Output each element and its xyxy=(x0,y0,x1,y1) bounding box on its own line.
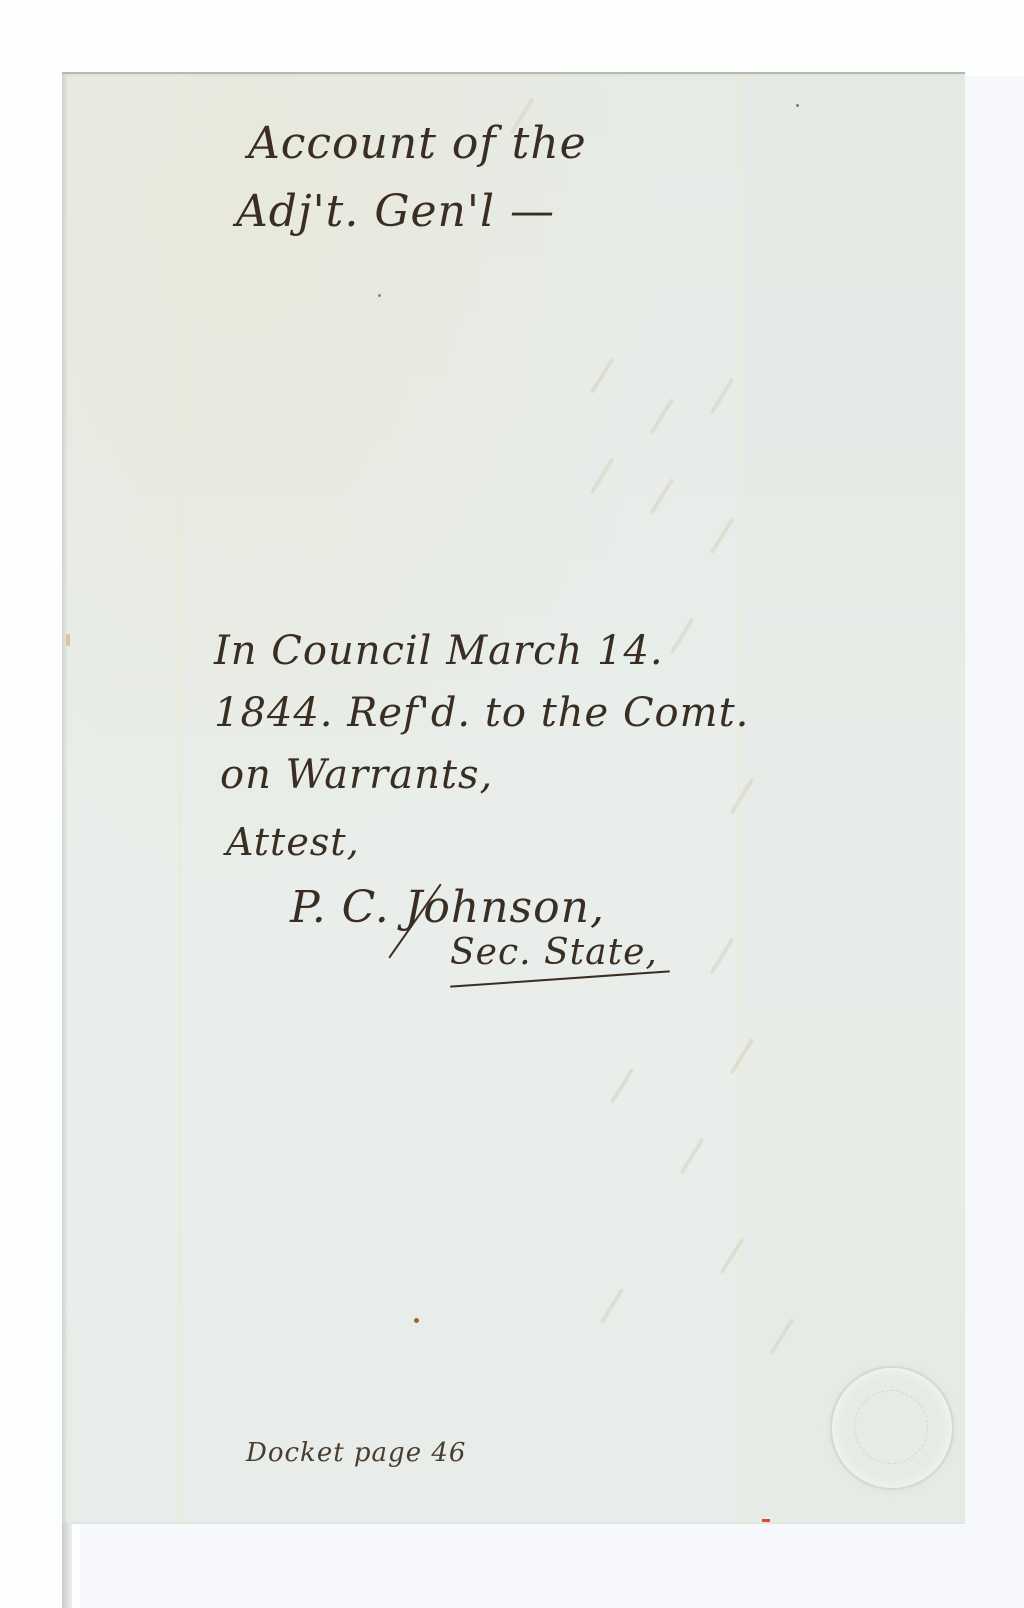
signature-title: Sec. State, xyxy=(450,932,658,973)
document-sheet xyxy=(62,72,965,1524)
embossed-seal xyxy=(830,1366,954,1490)
show-through-mark xyxy=(590,458,615,494)
title-line-1: Account of the xyxy=(248,118,587,169)
signature: P. C. Johnson, xyxy=(290,882,605,933)
council-record-line-2: 1844. Ref'd. to the Comt. xyxy=(214,690,749,736)
show-through-mark xyxy=(680,1138,705,1174)
embossed-seal-inner-ring xyxy=(854,1390,928,1464)
show-through-mark xyxy=(670,618,695,654)
show-through-mark xyxy=(710,518,735,554)
attest-label: Attest, xyxy=(226,820,360,864)
right-folded-panel xyxy=(742,74,965,1524)
show-through-mark xyxy=(650,478,675,514)
ink-speck xyxy=(414,1318,419,1323)
red-edge-mark xyxy=(762,1519,770,1522)
ink-speck xyxy=(796,104,799,107)
show-through-mark xyxy=(610,1068,635,1104)
fold-line-left xyxy=(178,74,181,1524)
show-through-mark xyxy=(600,1288,625,1324)
underlying-sheet-edge-shadow xyxy=(62,1522,72,1608)
title-line-2: Adj't. Gen'l — xyxy=(236,186,555,237)
show-through-mark xyxy=(590,358,615,394)
council-record-line-1: In Council March 14. xyxy=(214,628,664,674)
docket-note: Docket page 46 xyxy=(246,1438,466,1468)
show-through-mark xyxy=(710,938,735,974)
show-through-mark xyxy=(710,378,735,414)
paper-stain xyxy=(66,634,70,646)
ink-speck xyxy=(378,294,381,297)
council-record-line-3: on Warrants, xyxy=(220,752,493,798)
show-through-mark xyxy=(650,398,675,434)
